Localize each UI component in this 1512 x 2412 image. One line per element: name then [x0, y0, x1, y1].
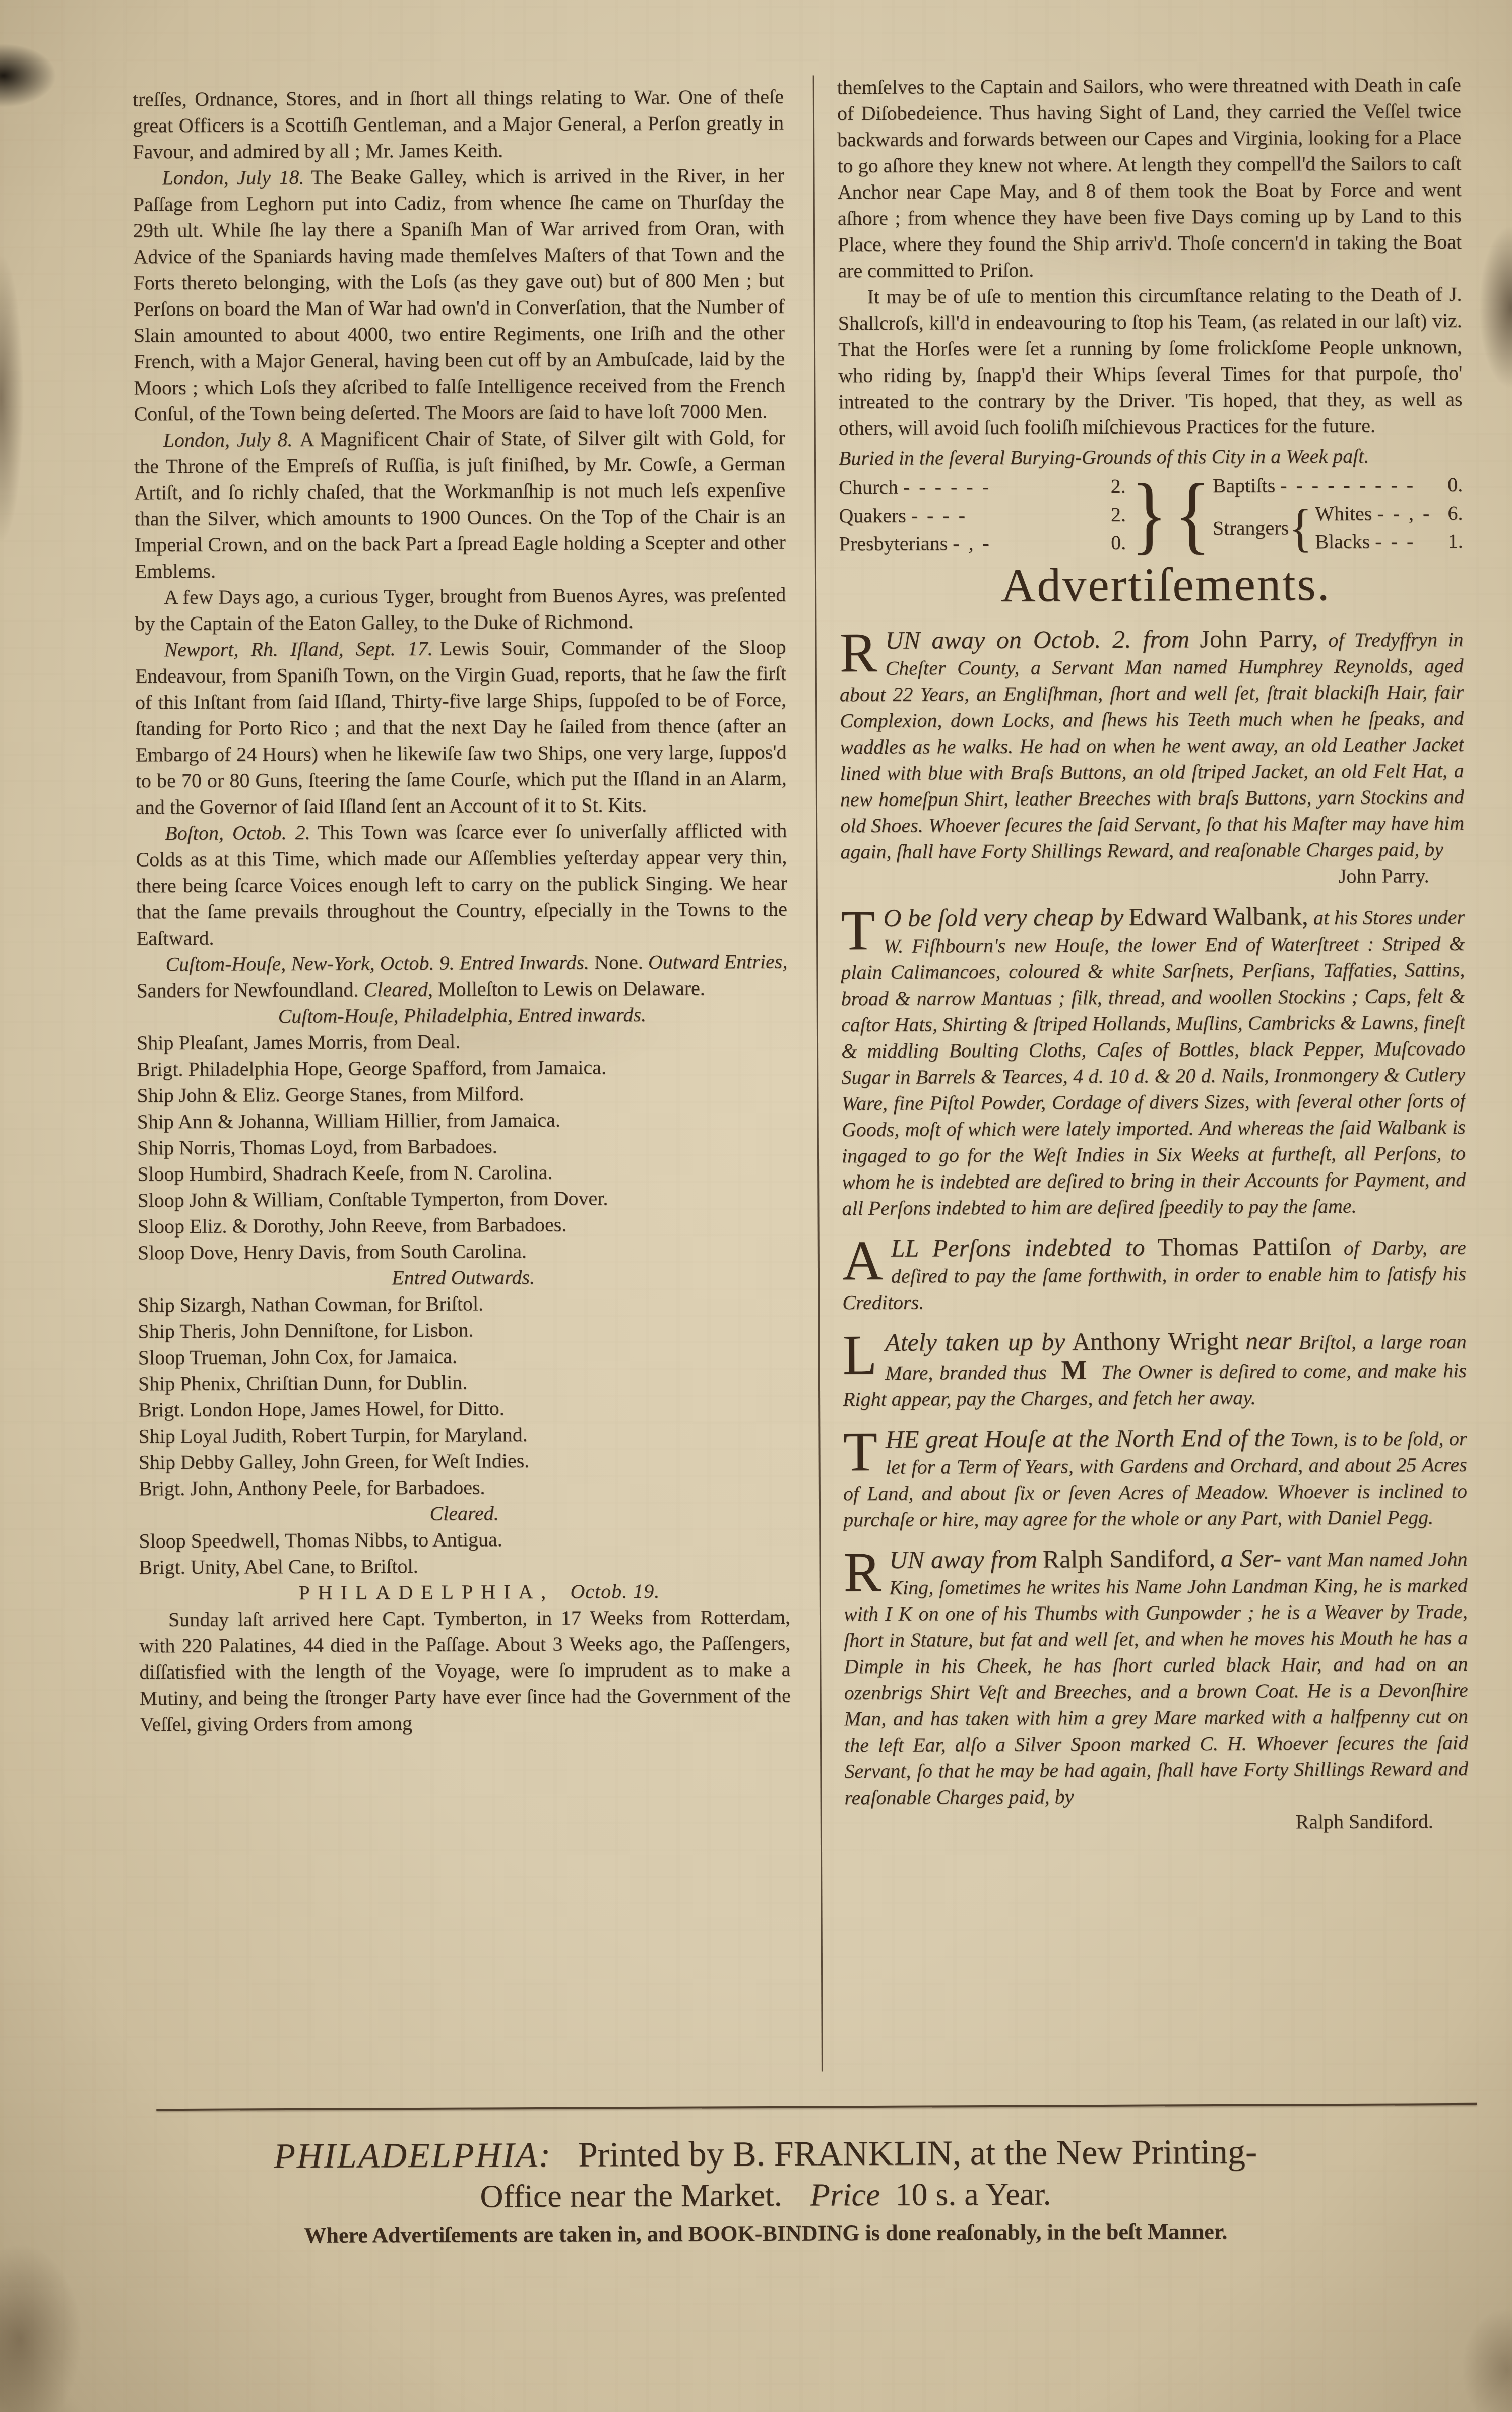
left-column: treſſes, Ordnance, Stores, and in ſhort … [133, 84, 791, 1738]
burial-label: Whites [1315, 500, 1372, 528]
entered-inwards-list: Ship Pleaſant, James Morris, from Deal.B… [137, 1027, 789, 1266]
burial-label: Quakers [839, 502, 906, 530]
drop-cap: T [843, 1425, 886, 1474]
ship-entry: Sloop Trueman, John Cox, for Jamaica. [138, 1342, 789, 1371]
ship-entry: Sloop Dove, Henry Davis, from South Caro… [138, 1237, 789, 1266]
colophon-city: PHILADELPHIA: [274, 2136, 552, 2176]
colophon-rule [156, 2103, 1477, 2111]
burial-count: 2. [1111, 472, 1126, 501]
brace-open-glyph: { [1289, 501, 1312, 554]
ad-head-italic: O be ſold very cheap by [883, 903, 1123, 932]
ship-entry: Ship Theris, John Denniſtone, for Lisbon… [138, 1316, 789, 1345]
burial-label: Strangers [1213, 515, 1289, 541]
leader-dashes: - - - - - - - - - [1275, 471, 1447, 500]
drop-cap: R [839, 626, 885, 675]
segment-italic: Cleared, [363, 978, 433, 1001]
ship-entry: Ship Debby Galley, John Green, for Weſt … [139, 1447, 790, 1476]
ad-body: vant Man named John King, ſometimes he w… [844, 1548, 1469, 1809]
ad-edward-walbank-sale: T O be ſold very cheap by Edward Walbank… [841, 901, 1466, 1221]
segment-roman: None. [594, 951, 643, 973]
right-column: themſelves to the Captain and Sailors, w… [837, 72, 1469, 1837]
ad-runaway-john-parry: R UN away on Octob. 2. from John Parry, … [839, 623, 1464, 891]
colophon: PHILADELPHIA: Printed by B. FRANKLIN, at… [80, 2130, 1451, 2251]
ad-head-italic: UN away from [889, 1545, 1037, 1574]
ad-runaway-ralph-sandiford: R UN away from Ralph Sandiford, a Ser- v… [843, 1542, 1469, 1837]
ad-head-italic: HE great Houſe at the North End of the [886, 1423, 1285, 1453]
ad-head-name: Ralph Sandiford, [1043, 1544, 1216, 1573]
paragraph-text: The Beake Galley, which is arrived in th… [133, 164, 785, 425]
burial-strangers-group: Strangers { Whites - - , - 6. Blacks - -… [1213, 499, 1463, 556]
ship-entry: Brigt. London Hope, James Howel, for Dit… [138, 1394, 789, 1424]
ship-entry: Brigt. John, Anthony Peele, for Barbadoe… [139, 1473, 790, 1502]
ad-great-house-daniel-pegg: T HE great Houſe at the North End of the… [843, 1422, 1467, 1533]
leader-dashes: - - , - [1372, 499, 1447, 528]
segment-roman: Sanders for Newfoundland. [136, 978, 358, 1002]
entered-outwards-title: Entred Outwards. [138, 1263, 789, 1292]
ad-head-name: Thomas Pattiſon [1157, 1232, 1331, 1261]
ad-head-italic: LL Perſons indebted to [891, 1233, 1145, 1262]
paragraph-shallcross: It may be of uſe to mention this circumſ… [838, 281, 1462, 441]
ad-body: of Tredyffryn in Cheſter County, a Serva… [840, 628, 1464, 863]
ad-signature: John Parry. [840, 862, 1464, 891]
burial-count: 2. [1111, 501, 1126, 529]
ad-head-name: Edward Walbank, [1128, 902, 1308, 931]
ad-head-italic: Ately taken up by [885, 1327, 1065, 1356]
ship-entry: Ship Loyal Judith, Robert Turpin, for Ma… [138, 1420, 789, 1450]
ship-entry: Brigt. Philadelphia Hope, George Spaffor… [137, 1054, 788, 1083]
burial-count: 1. [1448, 527, 1463, 555]
ship-entry: Ship Sizargh, Nathan Cowman, for Briſtol… [138, 1289, 789, 1319]
burial-row-presbyterians: Presbyterians - , - 0. [839, 529, 1126, 558]
ad-head-italic: a Ser- [1221, 1543, 1282, 1572]
column-divider-rule [813, 75, 823, 2071]
burial-count: 0. [1447, 471, 1463, 499]
burial-row-baptists: Baptiſts - - - - - - - - - 0. [1213, 471, 1463, 500]
cleared-title: Cleared. [139, 1499, 790, 1528]
colophon-price-value: 10 s. a Year. [895, 2176, 1051, 2212]
drop-cap: L [842, 1328, 885, 1377]
dateline: Boſton, Octob. 2. [165, 821, 310, 844]
ad-head-name: Anthony Wright [1072, 1327, 1238, 1355]
leader-dashes: - - - [1370, 527, 1448, 556]
philadelphia-dateline: PHILADELPHIA, Octob. 19. [139, 1578, 790, 1607]
burial-table: Church - - - - - - 2. Quakers - - - - 2.… [839, 471, 1463, 558]
segment-italic: Cuſtom-Houſe, New-York, Octob. 9. Entred… [165, 951, 589, 975]
ship-entry: Sloop Speedwell, Thomas Nibbs, to Antigu… [139, 1525, 790, 1555]
drop-cap: R [843, 1545, 889, 1594]
paragraph-text: Lewis Souir, Commander of the Sloop Ende… [135, 636, 787, 819]
paragraph-mutiny-continued: themſelves to the Captain and Sailors, w… [837, 72, 1462, 284]
burial-row-blacks: Blacks - - - 1. [1315, 527, 1463, 556]
paragraph-boston: Boſton, Octob. 2.This Town was ſcarce ev… [136, 818, 787, 952]
ad-thomas-pattison-debts: A LL Perſons indebted to Thomas Pattiſon… [842, 1231, 1467, 1316]
colophon-price-label: Price [810, 2177, 880, 2213]
burial-label: Baptiſts [1213, 472, 1276, 501]
segment-italic: Outward Entries, [648, 950, 788, 973]
burial-count: 0. [1111, 529, 1126, 557]
ship-entry: Ship John & Eliz. George Stanes, from Mi… [137, 1080, 788, 1109]
colophon-line-3: Where Advertiſements are taken in, and B… [80, 2216, 1451, 2251]
drop-cap: A [842, 1233, 891, 1283]
ad-head-name: John Parry, [1200, 624, 1318, 653]
ship-entry: Sloop Humbird, Shadrach Keeſe, from N. C… [137, 1158, 788, 1188]
ad-body: at his Stores under W. Fiſhbourn's new H… [841, 906, 1466, 1219]
brace-open-glyph: { [1174, 471, 1211, 558]
cleared-list: Sloop Speedwell, Thomas Nibbs, to Antigu… [139, 1525, 790, 1581]
ship-entry: Sloop Eliz. & Dorothy, John Reeve, from … [137, 1211, 788, 1240]
ship-entry: Ship Pleaſant, James Morris, from Deal. [137, 1027, 788, 1057]
dateline-city: PHILADELPHIA, [298, 1580, 554, 1604]
ad-head-italic: near [1245, 1326, 1292, 1354]
brace-close-glyph: } [1131, 471, 1168, 558]
ship-entry: Ship Norris, Thomas Loyd, from Barbadoes… [137, 1132, 788, 1161]
paragraph-fortresses: treſſes, Ordnance, Stores, and in ſhort … [133, 84, 784, 165]
ship-entry: Ship Ann & Johanna, William Hillier, fro… [137, 1106, 788, 1135]
paragraph-customhouse-newyork: Cuſtom-Houſe, New-York, Octob. 9. Entred… [136, 949, 787, 1004]
page-content: treſſes, Ordnance, Stores, and in ſhort … [0, 0, 1512, 2412]
paragraph-tyger: A few Days ago, a curious Tyger, brought… [135, 582, 786, 637]
ad-signature: Ralph Sandiford. [845, 1808, 1469, 1837]
newspaper-page: { "colors": { "paper": "#d7cab0", "ink":… [0, 0, 1512, 2412]
leader-dashes: - - - - [906, 501, 1111, 530]
burial-row-whites: Whites - - , - 6. [1315, 499, 1463, 528]
ship-entry: Ship Phenix, Chriſtian Dunn, for Dublin. [138, 1368, 789, 1397]
paragraph-london-july18: London, July 18.The Beake Galley, which … [133, 162, 785, 427]
leader-dashes: - - - - - - [898, 472, 1111, 502]
paragraph-text: It may be of uſe to mention this circumſ… [838, 283, 1463, 439]
customhouse-philadelphia-title: Cuſtom-Houſe, Philadelphia, Entred inwar… [137, 1001, 788, 1030]
burial-row-church: Church - - - - - - 2. [839, 472, 1126, 502]
paragraph-text: themſelves to the Captain and Sailors, w… [837, 73, 1462, 282]
dateline: London, July 18. [162, 166, 304, 189]
paragraph-text: A few Days ago, a curious Tyger, brought… [135, 583, 786, 635]
paragraph-text: treſſes, Ordnance, Stores, and in ſhort … [133, 85, 784, 163]
drop-cap: T [841, 903, 884, 953]
advertisements-header: Advertiſements. [839, 555, 1463, 613]
paragraph-newport: Newport, Rh. Iſland, Sept. 17.Lewis Soui… [135, 634, 787, 821]
burial-label: Blacks [1315, 528, 1370, 556]
horse-brand-mark: M [1053, 1354, 1095, 1385]
ad-head-italic: UN away on Octob. 2. from [885, 625, 1189, 654]
colophon-office: Office near the Market. [480, 2177, 782, 2214]
paragraph-palatines: Sunday laſt arrived here Capt. Tymberton… [139, 1604, 791, 1738]
colophon-printer: Printed by B. FRANKLIN, at the New Print… [578, 2133, 1257, 2175]
burial-row-quakers: Quakers - - - - 2. [839, 501, 1126, 530]
dateline: London, July 8. [163, 428, 293, 451]
dateline-date: Octob. 19. [570, 1580, 660, 1603]
segment-roman: Molleſton to Lewis on Delaware. [438, 976, 705, 1000]
burial-label: Presbyterians [839, 529, 948, 558]
paragraph-text: Sunday laſt arrived here Capt. Tymberton… [139, 1605, 791, 1736]
paragraph-london-july8: London, July 8.A Magnificent Chair of St… [134, 424, 786, 585]
strangers-breakdown: Whites - - , - 6. Blacks - - - 1. [1315, 499, 1463, 556]
ad-anthony-wright-mare: L Ately taken up by Anthony Wright near … [842, 1325, 1467, 1412]
burial-right-rows: Baptiſts - - - - - - - - - 0. Strangers … [1213, 471, 1463, 556]
dateline: Newport, Rh. Iſland, Sept. 17. [164, 637, 433, 661]
burial-label: Church [839, 473, 898, 502]
colophon-line-2: Office near the Market. Price 10 s. a Ye… [80, 2173, 1451, 2218]
ship-entry: Brigt. Unity, Abel Cane, to Briſtol. [139, 1552, 790, 1581]
leader-dashes: - , - [948, 529, 1111, 558]
entered-outwards-list: Ship Sizargh, Nathan Cowman, for Briſtol… [138, 1289, 790, 1502]
colophon-line-1: PHILADELPHIA: Printed by B. FRANKLIN, at… [80, 2130, 1451, 2179]
burial-count: 6. [1447, 499, 1463, 527]
burial-left-rows: Church - - - - - - 2. Quakers - - - - 2.… [839, 472, 1126, 558]
ship-entry: Sloop John & William, Conſtable Tymperto… [137, 1185, 788, 1214]
